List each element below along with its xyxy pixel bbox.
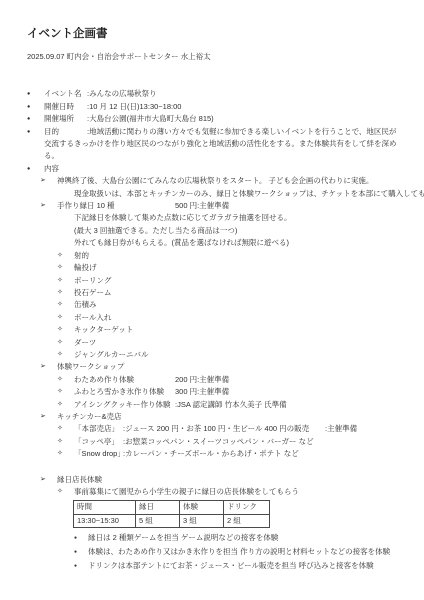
shop-desc: :お惣菜コッペパン・スイーツコッペパン・バーガー など: [123, 436, 325, 448]
kitchen-title: キッチンカー&売店: [57, 411, 398, 423]
col-header-ennichi: 縁日: [136, 501, 180, 515]
workshop-name: アイシングクッキー作り体験: [74, 399, 175, 411]
tencho-schedule-table: 時間 縁日 体験 ドリンク 13:30~15:30 5 組 3 組 2 組: [73, 500, 270, 528]
game-label: ボール入れ: [74, 312, 398, 324]
workshop-note: 200 円:主催準備: [175, 374, 229, 386]
diamond-bullet-icon: ✧: [57, 275, 74, 287]
doc-title: イベント企画書: [27, 27, 398, 42]
tencho-note-text: ドリンクは本部テントにてお茶・ジュース・ビール販売を担当 呼び込みと接客を体験: [88, 560, 398, 572]
cell-taiken: 3 組: [180, 514, 224, 528]
game-item: ✧ ジャングルカーニバル: [57, 349, 398, 361]
game-label: 缶積み: [74, 299, 398, 311]
meta-label: イベント名: [44, 88, 87, 100]
cell-drink: 2 組: [224, 514, 270, 528]
game-label: ボーリング: [74, 275, 398, 287]
meta-item-purpose: ● 目的:地域活動に関わりの薄い方々でも気軽に参加できる楽しいイベントを行うこと…: [27, 126, 398, 163]
kitchen-item: ✧ 「コッペ亭」:お惣菜コッペパン・スイーツコッペパン・バーガー など: [57, 436, 398, 448]
shop-desc: :カレーパン・チーズボール・からあげ・ポテト など: [123, 448, 325, 460]
game-label: 射的: [74, 250, 398, 262]
meta-item-contents: ● 内容: [27, 163, 398, 175]
shop-name: 「Snow drop」: [74, 448, 123, 460]
disc-bullet-icon: ●: [27, 113, 44, 125]
meta-value: :地域活動に関わりの薄い方々でも気軽に参加できる楽しいイベントを行うことで、地区…: [44, 127, 397, 161]
col-header-taiken: 体験: [180, 501, 224, 515]
tencho-title: 縁日店長体験: [57, 474, 398, 486]
kitchen-item: ✧ 「Snow drop」:カレーパン・チーズボール・からあげ・ポテト など: [57, 448, 398, 460]
disc-bullet-icon: ●: [27, 88, 44, 100]
section-workshop: ➢ 体験ワークショップ: [40, 361, 398, 373]
game-item: ✧ ボール入れ: [57, 312, 398, 324]
section-tencho: ➢ 縁日店長体験: [40, 474, 398, 486]
disc-bullet-icon: ●: [74, 546, 88, 558]
game-label: ジャングルカーニバル: [74, 349, 398, 361]
diamond-bullet-icon: ✧: [57, 448, 74, 460]
arrow-bullet-icon: ➢: [40, 361, 57, 373]
kitchen-item: ✧ 「本部売店」:ジュース 200 円・お茶 100 円・生ビール 400 円の…: [57, 423, 398, 435]
meta-label: 内容: [44, 164, 59, 173]
game-item: ✧ キックターゲット: [57, 324, 398, 336]
tencho-note: ● 体験は、わたあめ作り又はかき氷作りを担当 作り方の説明と材料セットなどの接客…: [74, 546, 398, 558]
doc-byline: 2025.09.07 町内会・自治会サポートセンター 水上裕太: [27, 51, 398, 63]
tencho-note: ● ドリンクは本部テントにてお茶・ジュース・ビール販売を担当 呼び込みと接客を体…: [74, 560, 398, 572]
workshop-note: 300 円:主催準備: [175, 386, 229, 398]
ennichi-price: 500 円:主催準備: [175, 200, 229, 212]
tencho-lead-item: ✧ 事前募集にて園児から小学生の親子に縁日の店長体験をしてもらう: [57, 486, 398, 498]
section-ennichi: ➢ 手作り縁日 10 種500 円:主催準備: [40, 200, 398, 212]
disc-bullet-icon: ●: [27, 101, 44, 113]
intro-line1: 神輿終了後、大島台公園にてみんなの広場秋祭りをスタート。 子ども会企画の代わりに…: [57, 175, 398, 187]
shop-name: 「コッペ亭」: [74, 436, 123, 448]
diamond-bullet-icon: ✧: [57, 287, 74, 299]
arrow-bullet-icon: ➢: [40, 411, 57, 423]
tencho-lead: 事前募集にて園児から小学生の親子に縁日の店長体験をしてもらう: [74, 486, 398, 498]
game-item: ✧ ダーツ: [57, 337, 398, 349]
disc-bullet-icon: ●: [74, 560, 88, 572]
diamond-bullet-icon: ✧: [57, 262, 74, 274]
meta-value: :10 月 12 日(日)13:30~18:00: [87, 102, 181, 111]
diamond-bullet-icon: ✧: [57, 312, 74, 324]
disc-bullet-icon: ●: [74, 532, 88, 544]
workshop-title: 体験ワークショップ: [57, 361, 398, 373]
game-item: ✧ 射的: [57, 250, 398, 262]
intro-line2: 現金取扱いは、本部とキッチンカーのみ、縁日と体験ワークショップは、チケットを本部…: [57, 188, 398, 200]
meta-label: 目的: [44, 126, 87, 138]
table-row: 13:30~15:30 5 組 3 組 2 組: [74, 514, 270, 528]
content-intro: ➢ 神輿終了後、大島台公園にてみんなの広場秋祭りをスタート。 子ども会企画の代わ…: [40, 175, 398, 187]
meta-label: 開催日時: [44, 101, 87, 113]
ennichi-desc1: 下記縁日を体験して集めた点数に応じてガラガラ抽選を回せる。: [57, 212, 398, 224]
game-label: 輪投げ: [74, 262, 398, 274]
meta-item-place: ● 開催場所:大島台公園(福井市大島町大島台 815): [27, 113, 398, 125]
workshop-item: ✧ アイシングクッキー作り体験:JSA 認定講師 竹本久美子 氏準備: [57, 399, 398, 411]
document-page: イベント企画書 2025.09.07 町内会・自治会サポートセンター 水上裕太 …: [0, 0, 424, 600]
diamond-bullet-icon: ✧: [57, 250, 74, 262]
workshop-name: ふわとろ雪かき氷作り体験: [74, 386, 175, 398]
diamond-bullet-icon: ✧: [57, 423, 74, 435]
game-label: 投石ゲーム: [74, 287, 398, 299]
diamond-bullet-icon: ✧: [57, 337, 74, 349]
col-header-time: 時間: [74, 501, 136, 515]
tencho-note: ● 縁日は 2 種類ゲームを担当 ゲーム説明などの接客を体験: [74, 532, 398, 544]
game-item: ✧ 缶積み: [57, 299, 398, 311]
ennichi-title: 手作り縁日 10 種: [57, 200, 175, 212]
disc-bullet-icon: ●: [27, 126, 44, 138]
diamond-bullet-icon: ✧: [57, 349, 74, 361]
tencho-note-text: 縁日は 2 種類ゲームを担当 ゲーム説明などの接客を体験: [88, 532, 398, 544]
section-kitchen: ➢ キッチンカー&売店: [40, 411, 398, 423]
diamond-bullet-icon: ✧: [57, 436, 74, 448]
col-header-drink: ドリンク: [224, 501, 270, 515]
ennichi-desc3: 外れても縁日券がもらえる。(賞品を選ばなければ無限に遊べる): [57, 237, 398, 249]
diamond-bullet-icon: ✧: [57, 324, 74, 336]
game-label: ダーツ: [74, 337, 398, 349]
game-item: ✧ 輪投げ: [57, 262, 398, 274]
arrow-bullet-icon: ➢: [40, 200, 57, 212]
cell-time: 13:30~15:30: [74, 514, 136, 528]
diamond-bullet-icon: ✧: [57, 386, 74, 398]
meta-item-event-name: ● イベント名:みんなの広場秋祭り: [27, 88, 398, 100]
shop-note: :主催準備: [325, 423, 357, 435]
game-item: ✧ 投石ゲーム: [57, 287, 398, 299]
meta-value: :大島台公園(福井市大島町大島台 815): [87, 114, 214, 123]
arrow-bullet-icon: ➢: [40, 175, 57, 187]
workshop-name: わたあめ作り体験: [74, 374, 175, 386]
meta-item-date: ● 開催日時:10 月 12 日(日)13:30~18:00: [27, 101, 398, 113]
shop-name: 「本部売店」: [74, 423, 123, 435]
arrow-bullet-icon: ➢: [40, 474, 57, 486]
table-header-row: 時間 縁日 体験 ドリンク: [74, 501, 270, 515]
cell-ennichi: 5 組: [136, 514, 180, 528]
game-item: ✧ ボーリング: [57, 275, 398, 287]
game-label: キックターゲット: [74, 324, 398, 336]
diamond-bullet-icon: ✧: [57, 399, 74, 411]
ennichi-desc2: (最大 3 回抽選できる。ただし当たる商品は一つ): [57, 225, 398, 237]
diamond-bullet-icon: ✧: [57, 374, 74, 386]
diamond-bullet-icon: ✧: [57, 486, 74, 498]
diamond-bullet-icon: ✧: [57, 299, 74, 311]
disc-bullet-icon: ●: [27, 163, 44, 175]
workshop-item: ✧ ふわとろ雪かき氷作り体験300 円:主催準備: [57, 386, 398, 398]
meta-value: :みんなの広場秋祭り: [87, 89, 157, 98]
meta-label: 開催場所: [44, 113, 87, 125]
workshop-item: ✧ わたあめ作り体験200 円:主催準備: [57, 374, 398, 386]
section-spacer: [27, 461, 398, 474]
workshop-note: :JSA 認定講師 竹本久美子 氏準備: [175, 399, 287, 411]
tencho-note-text: 体験は、わたあめ作り又はかき氷作りを担当 作り方の説明と材料セットなどの接客を体…: [88, 546, 398, 558]
shop-desc: :ジュース 200 円・お茶 100 円・生ビール 400 円の販売: [123, 423, 325, 435]
